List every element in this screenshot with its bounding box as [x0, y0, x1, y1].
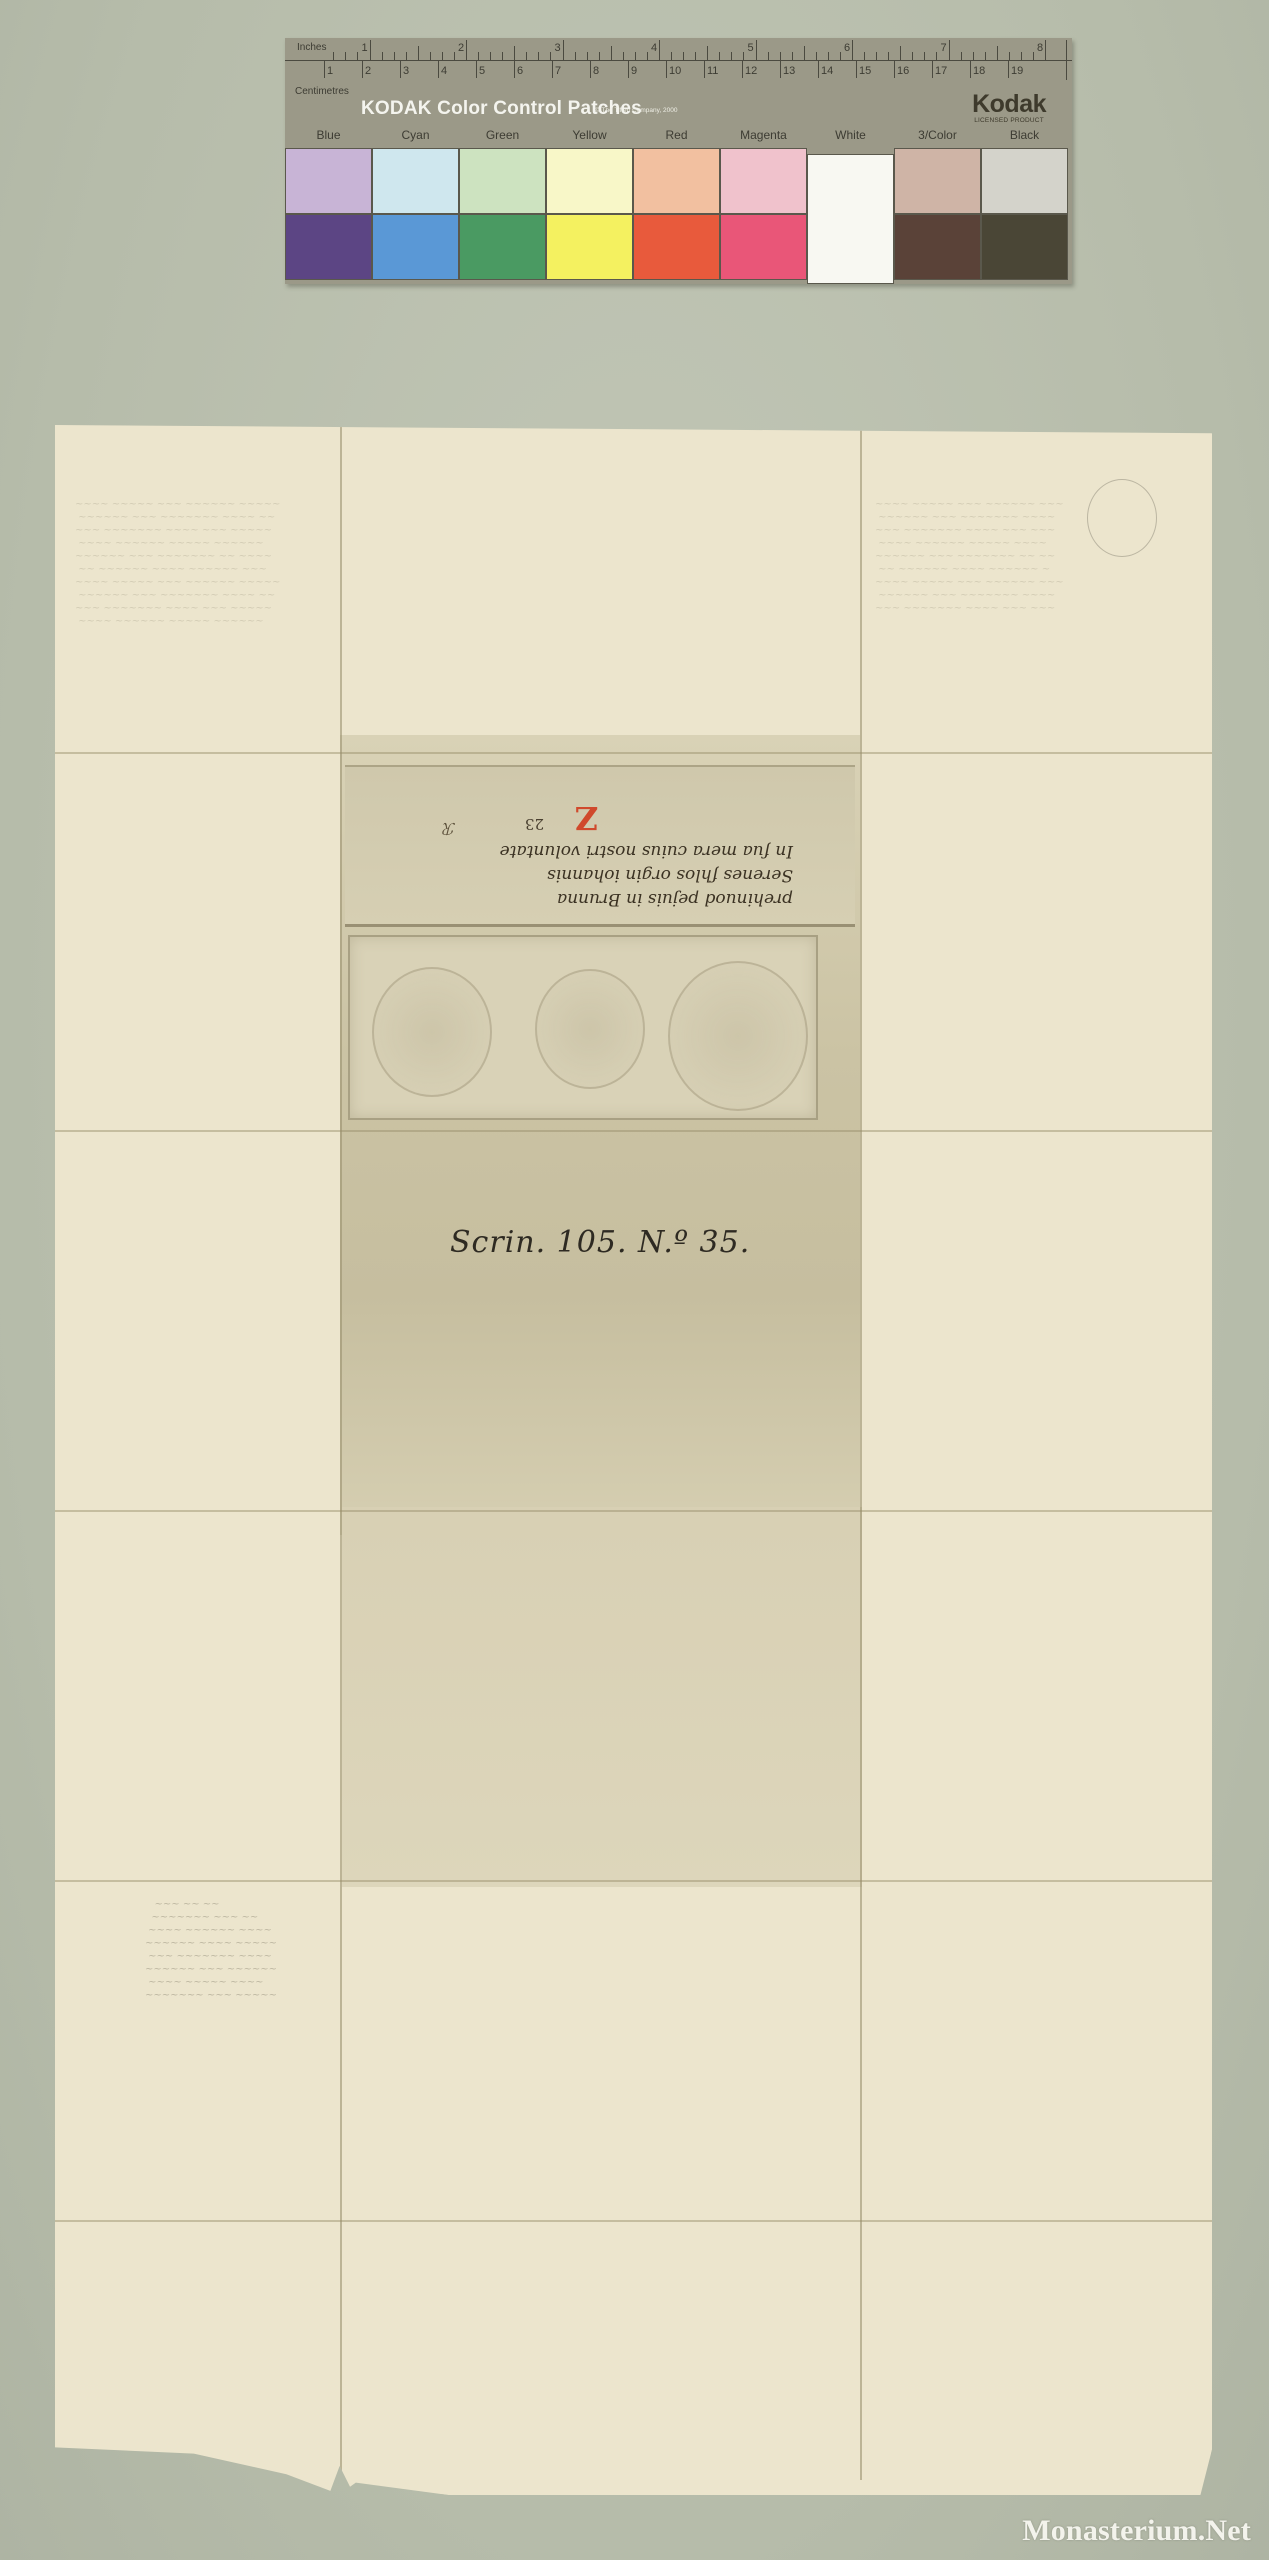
inch-subtick: [623, 52, 624, 60]
patch-light-red: [633, 148, 720, 214]
inch-subtick: [550, 52, 551, 60]
inch-label: 1: [362, 43, 368, 54]
address-line: In ſua mera cuius nostri voluntate: [363, 839, 793, 863]
address-line: prehinuod pejuis in Brunna: [363, 887, 793, 911]
patch-light-yellow: [546, 148, 633, 214]
patch-label: Blue: [285, 128, 372, 142]
fold-line-horizontal-2: [55, 1130, 1212, 1132]
patch-label: Magenta: [720, 128, 807, 142]
patch-dark-blue: [285, 214, 372, 280]
inch-subtick: [768, 52, 769, 60]
fold-line-horizontal-3: [55, 1510, 1212, 1512]
cm-tick: [324, 60, 325, 78]
kodak-color-card: Inches Centimetres 123456781234567891011…: [285, 38, 1072, 284]
cm-tick: [970, 60, 971, 78]
inch-subtick: [828, 52, 829, 60]
cm-label: 6: [517, 66, 523, 77]
brand-logo: Kodak: [972, 92, 1046, 117]
inch-subtick: [864, 52, 865, 60]
inch-subtick: [985, 52, 986, 60]
card-copyright: © The Tiffen Company, 2000: [595, 107, 677, 114]
ruler: Inches Centimetres 123456781234567891011…: [285, 38, 1072, 100]
address-line: Serenes ſhlos orgin iohannis: [363, 863, 793, 887]
fold-line-vertical-right: [860, 425, 862, 2480]
show-through-right: ~~~~ ~~~~~ ~~~ ~~~~~~ ~~~ ~~~~~~ ~~~ ~~~…: [875, 485, 1085, 1985]
ruler-end-tick: [1066, 40, 1067, 80]
inch-tick: [756, 40, 757, 60]
cm-tick: [704, 60, 705, 78]
inch-subtick: [1033, 52, 1034, 60]
patch-dark-3-color: [894, 214, 981, 280]
inch-subtick: [478, 52, 479, 60]
inch-subtick: [924, 52, 925, 60]
cm-label: 9: [631, 66, 637, 77]
inch-subtick: [611, 46, 612, 60]
cm-tick: [552, 60, 553, 78]
inch-subtick: [876, 52, 877, 60]
inch-subtick: [394, 52, 395, 60]
cm-label: 7: [555, 66, 561, 77]
patch-light-black: [981, 148, 1068, 214]
inch-subtick: [587, 52, 588, 60]
cm-label: 10: [669, 66, 681, 77]
inch-subtick: [454, 52, 455, 60]
cm-label: 15: [859, 66, 871, 77]
patch-labels: BlueCyanGreenYellowRedMagentaWhite3/Colo…: [285, 128, 1072, 146]
inch-subtick: [382, 52, 383, 60]
patch-label: Red: [633, 128, 720, 142]
cm-label: 16: [897, 66, 909, 77]
charter-document: ~~~~ ~~~~~ ~~~ ~~~~~~ ~~~~~ ~~~~~~ ~~~ ~…: [55, 425, 1212, 2495]
patch-label: White: [807, 128, 894, 142]
inch-subtick: [840, 52, 841, 60]
inch-subtick: [333, 52, 334, 60]
address-flap: ℛ 23 Z prehinuod pejuis in Brunna Serene…: [345, 765, 855, 927]
inch-subtick: [707, 46, 708, 60]
patch-dark-magenta: [720, 214, 807, 280]
inch-subtick: [816, 52, 817, 60]
cm-label: 11: [707, 66, 718, 77]
cm-tick: [476, 60, 477, 78]
inch-subtick: [683, 52, 684, 60]
patch-light-green: [459, 148, 546, 214]
patch-white: [807, 154, 894, 284]
address-inscription: prehinuod pejuis in Brunna Serenes ſhlos…: [363, 839, 793, 911]
inch-subtick: [635, 52, 636, 60]
inch-subtick: [997, 46, 998, 60]
cm-tick: [932, 60, 933, 78]
cm-tick: [590, 60, 591, 78]
inch-tick: [1045, 40, 1046, 60]
cm-tick: [666, 60, 667, 78]
seal-strip: [348, 935, 818, 1120]
cm-tick: [362, 60, 363, 78]
inch-tick: [852, 40, 853, 60]
inch-subtick: [900, 46, 901, 60]
cm-tick: [742, 60, 743, 78]
inch-subtick: [442, 52, 443, 60]
inch-subtick: [961, 52, 962, 60]
inch-subtick: [731, 52, 732, 60]
marginal-mark: ℛ: [443, 819, 456, 838]
inch-subtick: [936, 52, 937, 60]
cm-label: 17: [935, 66, 947, 77]
inch-label: 6: [844, 43, 850, 54]
inch-subtick: [1009, 52, 1010, 60]
cm-tick: [818, 60, 819, 78]
cm-label: 12: [745, 66, 757, 77]
centimetres-caption: Centimetres: [295, 86, 349, 97]
inch-subtick: [575, 52, 576, 60]
inch-label: 3: [555, 43, 561, 54]
brand-subtitle: LICENSED PRODUCT: [972, 117, 1046, 124]
inch-tick: [563, 40, 564, 60]
patch-dark-black: [981, 214, 1068, 280]
inch-tick: [370, 40, 371, 60]
cm-tick: [628, 60, 629, 78]
scan-stage: Inches Centimetres 123456781234567891011…: [0, 0, 1269, 2560]
fold-line-horizontal-4: [55, 1880, 1212, 1882]
cm-label: 4: [441, 66, 447, 77]
patch-dark-red: [633, 214, 720, 280]
cm-label: 8: [593, 66, 599, 77]
cm-tick: [438, 60, 439, 78]
show-through-left: ~~~~ ~~~~~ ~~~ ~~~~~~ ~~~~~ ~~~~~~ ~~~ ~…: [75, 485, 325, 1985]
inch-tick: [949, 40, 950, 60]
inch-subtick: [973, 52, 974, 60]
patch-light-3-color: [894, 148, 981, 214]
fold-line-horizontal-1: [55, 752, 1212, 754]
kodak-brand: Kodak LICENSED PRODUCT: [972, 92, 1046, 124]
seal-impression-3: [668, 961, 808, 1111]
inch-subtick: [357, 52, 358, 60]
fold-line-horizontal-5: [55, 2220, 1212, 2222]
cm-label: 1: [327, 66, 333, 77]
ruler-midline: [285, 60, 1072, 61]
patch-dark-cyan: [372, 214, 459, 280]
fold-line-vertical-left: [340, 425, 342, 2480]
inch-subtick: [599, 52, 600, 60]
cm-label: 18: [973, 66, 985, 77]
inch-subtick: [418, 46, 419, 60]
inch-label: 4: [651, 43, 657, 54]
inch-subtick: [514, 46, 515, 60]
number-mark: 23: [525, 815, 544, 833]
cm-label: 5: [479, 66, 485, 77]
inch-tick: [659, 40, 660, 60]
cm-label: 13: [783, 66, 795, 77]
cm-tick: [780, 60, 781, 78]
patch-dark-yellow: [546, 214, 633, 280]
cm-label: 14: [821, 66, 833, 77]
patch-light-magenta: [720, 148, 807, 214]
cm-tick: [400, 60, 401, 78]
inch-label: 8: [1037, 43, 1043, 54]
cm-label: 3: [403, 66, 409, 77]
cm-tick: [514, 60, 515, 78]
central-panel-lower: [342, 1507, 862, 1887]
inch-subtick: [780, 52, 781, 60]
cm-label: 19: [1011, 66, 1023, 77]
inch-label: 7: [941, 43, 947, 54]
cm-label: 2: [365, 66, 371, 77]
inch-subtick: [1021, 52, 1022, 60]
inch-label: 5: [748, 43, 754, 54]
inch-subtick: [490, 52, 491, 60]
patch-label: Black: [981, 128, 1068, 142]
seal-impression-1: [372, 967, 492, 1097]
monasterium-watermark: Monasterium.Net: [1022, 2514, 1251, 2548]
seal-impression-2: [535, 969, 645, 1089]
patch-label: Yellow: [546, 128, 633, 142]
inch-tick: [466, 40, 467, 60]
color-patches: [285, 146, 1072, 284]
cm-tick: [894, 60, 895, 78]
cm-tick: [856, 60, 857, 78]
patch-label: Green: [459, 128, 546, 142]
patch-light-cyan: [372, 148, 459, 214]
inch-subtick: [888, 52, 889, 60]
cm-tick: [1008, 60, 1009, 78]
inch-subtick: [743, 52, 744, 60]
patch-label: 3/Color: [894, 128, 981, 142]
inches-caption: Inches: [297, 42, 326, 53]
inch-label: 2: [458, 43, 464, 54]
inch-subtick: [647, 52, 648, 60]
inch-subtick: [430, 52, 431, 60]
inch-subtick: [538, 52, 539, 60]
inch-subtick: [345, 52, 346, 60]
inch-subtick: [526, 52, 527, 60]
inch-subtick: [695, 52, 696, 60]
inch-subtick: [671, 52, 672, 60]
inch-subtick: [406, 52, 407, 60]
patch-light-blue: [285, 148, 372, 214]
pencil-circle-mark: [1087, 479, 1157, 557]
show-through-lower-left: ~~~ ~~ ~~ ~~~~~~~ ~~~ ~~ ~~~~ ~~~~~~ ~~~…: [145, 1885, 325, 2045]
patch-label: Cyan: [372, 128, 459, 142]
inch-subtick: [912, 52, 913, 60]
patch-dark-green: [459, 214, 546, 280]
inch-subtick: [502, 52, 503, 60]
archival-shelfmark: Scrin. 105. N.º 35.: [450, 1225, 750, 1260]
red-initial-mark: Z: [575, 799, 598, 837]
inch-subtick: [804, 46, 805, 60]
inch-subtick: [719, 52, 720, 60]
inch-subtick: [792, 52, 793, 60]
